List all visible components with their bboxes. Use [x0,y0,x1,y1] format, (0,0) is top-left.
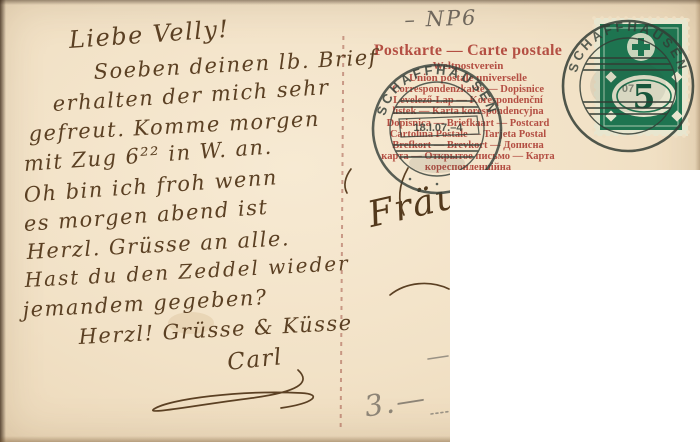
printed-title: Postkarte — Carte postale [356,42,580,60]
printed-language-line: Dopisnica — Briefkaart — Postcard [356,118,580,129]
printed-subtitle-weltpostverein: Weltpostverein [356,61,580,72]
postmark-right [563,21,693,151]
scan-edge-top [0,0,700,5]
stamp-cross-emblem [627,33,655,61]
printed-language-line: карта — Открытое письмо — Карта [356,151,580,162]
stamp-inner-border [604,28,678,126]
white-cover-box [450,170,700,442]
message-line: Soeben deinen lb. Brief [93,45,379,84]
postcard-scan: Postkarte — Carte postale Weltpostverein… [0,0,700,442]
stamp-frame [600,24,682,130]
pencil-price-note: 3.— [362,380,429,423]
stamp-paper [594,18,688,136]
message-line: Liebe Velly! [68,15,230,54]
printed-language-line: Cartolina Postale — Tarjeta Postal [356,129,580,140]
stamp-denomination: 5 [633,77,656,116]
printed-language-line: Correspondenzkarte — Dopisnice [356,84,580,95]
postmark-right-date: 07 [622,83,634,95]
pencil-catalog-note: – NP6 [404,5,478,32]
printed-language-line: lístek — Karta korespondencyjna [356,106,580,117]
postmark-right-city: SCHAFFHAUSEN [565,19,691,74]
postmark-right-city-text: SCHAFFHAUSEN [565,19,691,74]
message-signature: Carl [226,344,284,376]
address-partial: Fräu [364,175,464,236]
scan-edge-left [0,0,6,442]
divider-line [340,36,345,432]
printed-language-line: Brefkort — Brevkort — Дописна [356,140,580,151]
printed-language-line: Levelező-Lap — Korespondenční [356,95,580,106]
printed-subtitle-union: Union postale universelle [356,73,580,84]
stamp-value-oval: 5 [605,71,682,121]
printed-header: Postkarte — Carte postale Weltpostverein… [356,42,580,174]
stamp-perforation [594,18,688,136]
